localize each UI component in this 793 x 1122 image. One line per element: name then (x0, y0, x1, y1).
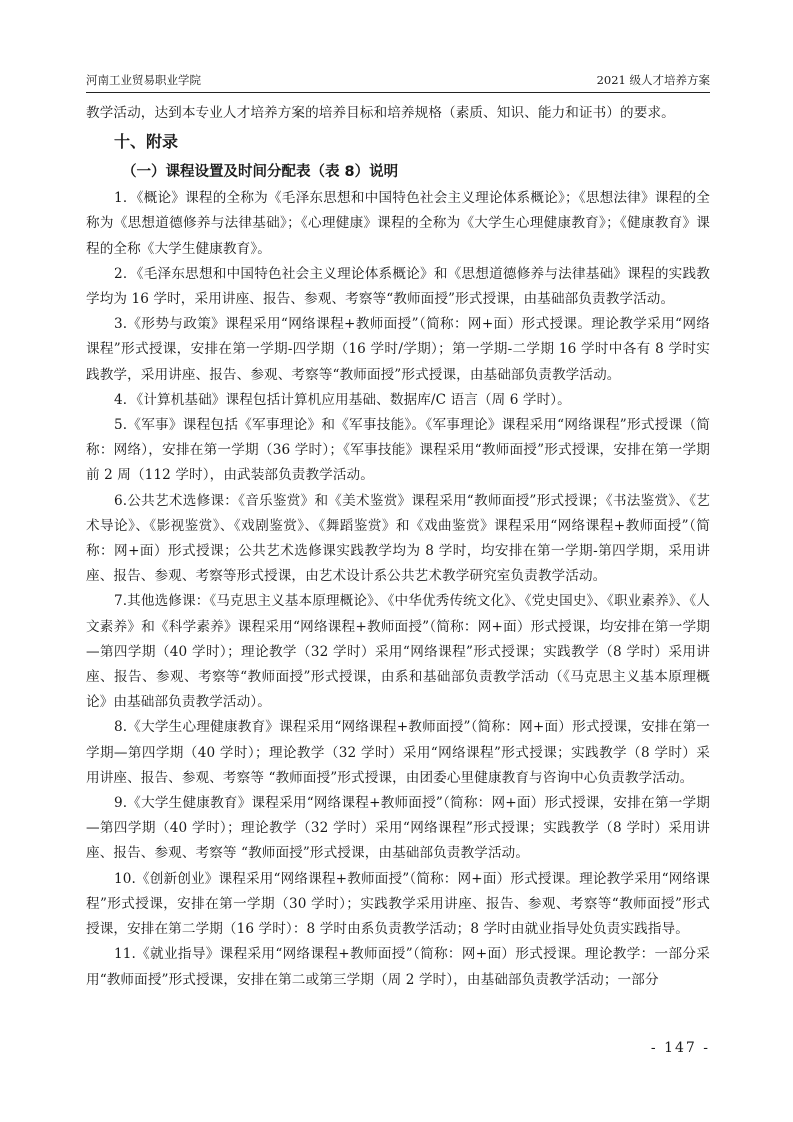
page-body: 教学活动，达到本专业人才培养方案的培养目标和培养规格（素质、知识、能力和证书）的… (86, 101, 710, 993)
note-item-2: 2．《毛泽东思想和中国特色社会主义理论体系概论》和《思想道德修养与法律基础》课程… (86, 262, 710, 312)
note-item-3: 3.《形势与政策》课程采用“网络课程+教师面授”（简称：网+面）形式授课。理论教… (86, 312, 710, 388)
note-item-4: 4．《计算机基础》课程包括计算机应用基础、数据库/C 语言（周 6 学时）。 (86, 388, 710, 413)
note-item-10: 10.《创新创业》课程采用“网络课程+教师面授”（简称：网+面）形式授课。理论教… (86, 867, 710, 943)
note-item-9: 9.《大学生健康教育》课程采用“网络课程+教师面授”（简称：网+面）形式授课，安… (86, 791, 710, 867)
page-header: 河南工业贸易职业学院 2021 级人才培养方案 (86, 70, 710, 93)
intro-paragraph: 教学活动，达到本专业人才培养方案的培养目标和培养规格（素质、知识、能力和证书）的… (86, 101, 710, 126)
note-item-1: 1．《概论》课程的全称为《毛泽东思想和中国特色社会主义理论体系概论》；《思想法律… (86, 186, 710, 262)
note-item-5: 5.《军事》课程包括《军事理论》和《军事技能》。《军事理论》课程采用“网络课程”… (86, 413, 710, 489)
header-institution: 河南工业贸易职业学院 (86, 72, 201, 88)
note-item-8: 8.《大学生心理健康教育》课程采用“网络课程+教师面授”（简称：网+面）形式授课… (86, 715, 710, 791)
section-title: 十、附录 (86, 126, 710, 158)
header-doc-title: 2021 级人才培养方案 (597, 72, 710, 88)
note-item-11: 11.《就业指导》课程采用“网络课程+教师面授”（简称：网+面）形式授课。理论教… (86, 942, 710, 992)
subsection-title: （一）课程设置及时间分配表（表 8）说明 (86, 158, 710, 186)
note-item-7: 7.其他选修课：《马克思主义基本原理概论》、《中华优秀传统文化》、《党史国史》、… (86, 589, 710, 715)
page-number: - 147 - (651, 1040, 710, 1056)
note-item-6: 6.公共艺术选修课：《音乐鉴赏》和《美术鉴赏》课程采用“教师面授”形式授课；《书… (86, 489, 710, 590)
